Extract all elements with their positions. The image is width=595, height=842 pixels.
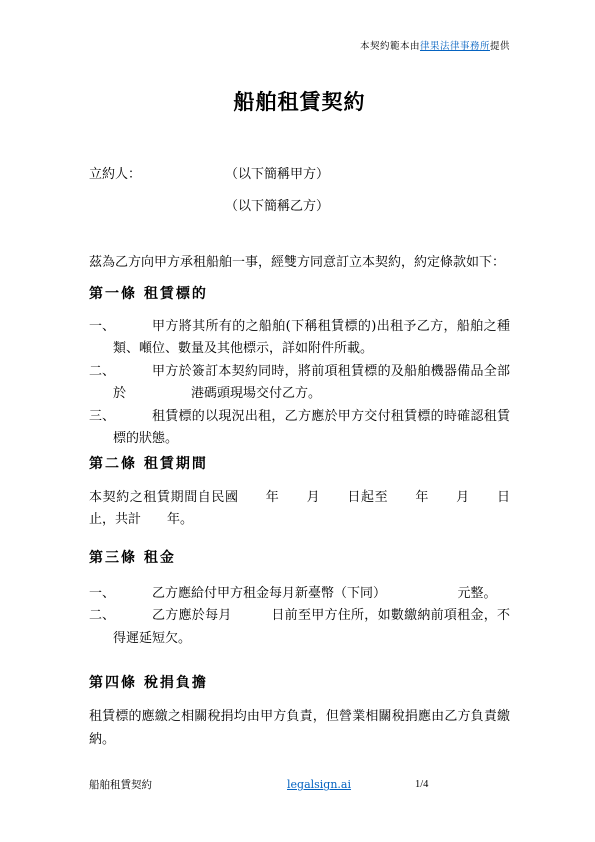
law-firm-link[interactable]: 律果法律事務所: [420, 41, 490, 52]
clause-3-2: 二、 乙方應於每月 日前至甲方住所，如數繳納前項租金，不得遲延短欠。: [89, 605, 510, 650]
section-4-paragraph: 租賃標的應繳之相關稅捐均由甲方負責，但營業相關稅捐應由乙方負責繳納。: [89, 706, 510, 751]
clause-3-2-text: 乙方應於每月 日前至甲方住所，如數繳納前項租金，不得遲延短欠。: [113, 608, 510, 646]
party-a-note: （以下簡稱甲方）: [225, 164, 329, 186]
clause-1-2: 二、 甲方於簽訂本契約同時，將前項租賃標的及船舶機器備品全部於 港碼頭現場交付乙…: [89, 361, 510, 406]
footer-page-number: 1/4: [415, 778, 428, 792]
document-content: 船舶租賃契約 立約人： （以下簡稱甲方） （以下簡稱乙方） 茲為乙方向甲方承租船…: [0, 0, 595, 751]
clause-1-1-number: 一、: [89, 316, 115, 339]
clause-3-1-text: 乙方應給付甲方租金每月新臺幣（下同） 元整。: [152, 586, 497, 601]
clause-1-2-text: 甲方於簽訂本契約同時，將前項租賃標的及船舶機器備品全部於 港碼頭現場交付乙方。: [113, 364, 510, 402]
parties-block: 立約人： （以下簡稱甲方） （以下簡稱乙方）: [89, 164, 510, 218]
party-b-row: （以下簡稱乙方）: [89, 196, 510, 218]
header-suffix-text: 提供: [490, 41, 510, 52]
section-1-clauses: 一、 甲方將其所有的之船舶(下稱租賃標的)出租予乙方，船舶之種類、噸位、數量及其…: [89, 316, 510, 451]
clause-3-2-number: 二、: [89, 605, 115, 628]
clause-1-1: 一、 甲方將其所有的之船舶(下稱租賃標的)出租予乙方，船舶之種類、噸位、數量及其…: [89, 316, 510, 361]
section-1-heading: 第一條 租賃標的: [89, 283, 510, 305]
clause-3-1-number: 一、: [89, 583, 115, 606]
clause-1-3-text: 租賃標的以現況出租，乙方應於甲方交付租賃標的時確認租賃標的狀態。: [113, 409, 510, 447]
section-4-heading: 第四條 稅捐負擔: [89, 672, 510, 694]
clause-3-1: 一、 乙方應給付甲方租金每月新臺幣（下同） 元整。: [89, 583, 510, 606]
section-3-heading: 第三條 租金: [89, 547, 510, 569]
document-title: 船舶租賃契約: [89, 88, 510, 116]
parties-label: 立約人：: [89, 164, 225, 186]
section-2-heading: 第二條 租賃期間: [89, 453, 510, 475]
legalsign-link[interactable]: legalsign.ai: [287, 778, 351, 792]
party-b-note: （以下簡稱乙方）: [225, 196, 329, 218]
section-2-paragraph: 本契約之租賃期間自民國 年 月 日起至 年 月 日止，共計 年。: [89, 487, 510, 532]
footer-doc-name: 船舶租賃契約: [89, 778, 152, 792]
intro-paragraph: 茲為乙方向甲方承租船舶一事，經雙方同意訂立本契約，約定條款如下：: [89, 252, 510, 275]
header-prefix-text: 本契約範本由: [360, 41, 420, 52]
document-page: 本契約範本由律果法律事務所提供 船舶租賃契約 立約人： （以下簡稱甲方） （以下…: [0, 0, 595, 842]
clause-1-3: 三、 租賃標的以現況出租，乙方應於甲方交付租賃標的時確認租賃標的狀態。: [89, 406, 510, 451]
page-header: 本契約範本由律果法律事務所提供: [360, 38, 510, 52]
page-footer: 船舶租賃契約 legalsign.ai 1/4: [0, 778, 595, 798]
party-b-name-blank: [89, 196, 225, 218]
clause-1-2-number: 二、: [89, 361, 115, 384]
section-3-clauses: 一、 乙方應給付甲方租金每月新臺幣（下同） 元整。 二、 乙方應於每月 日前至甲…: [89, 583, 510, 651]
party-a-row: 立約人： （以下簡稱甲方）: [89, 164, 510, 186]
clause-1-1-text: 甲方將其所有的之船舶(下稱租賃標的)出租予乙方，船舶之種類、噸位、數量及其他標示…: [113, 319, 510, 357]
clause-1-3-number: 三、: [89, 406, 115, 429]
